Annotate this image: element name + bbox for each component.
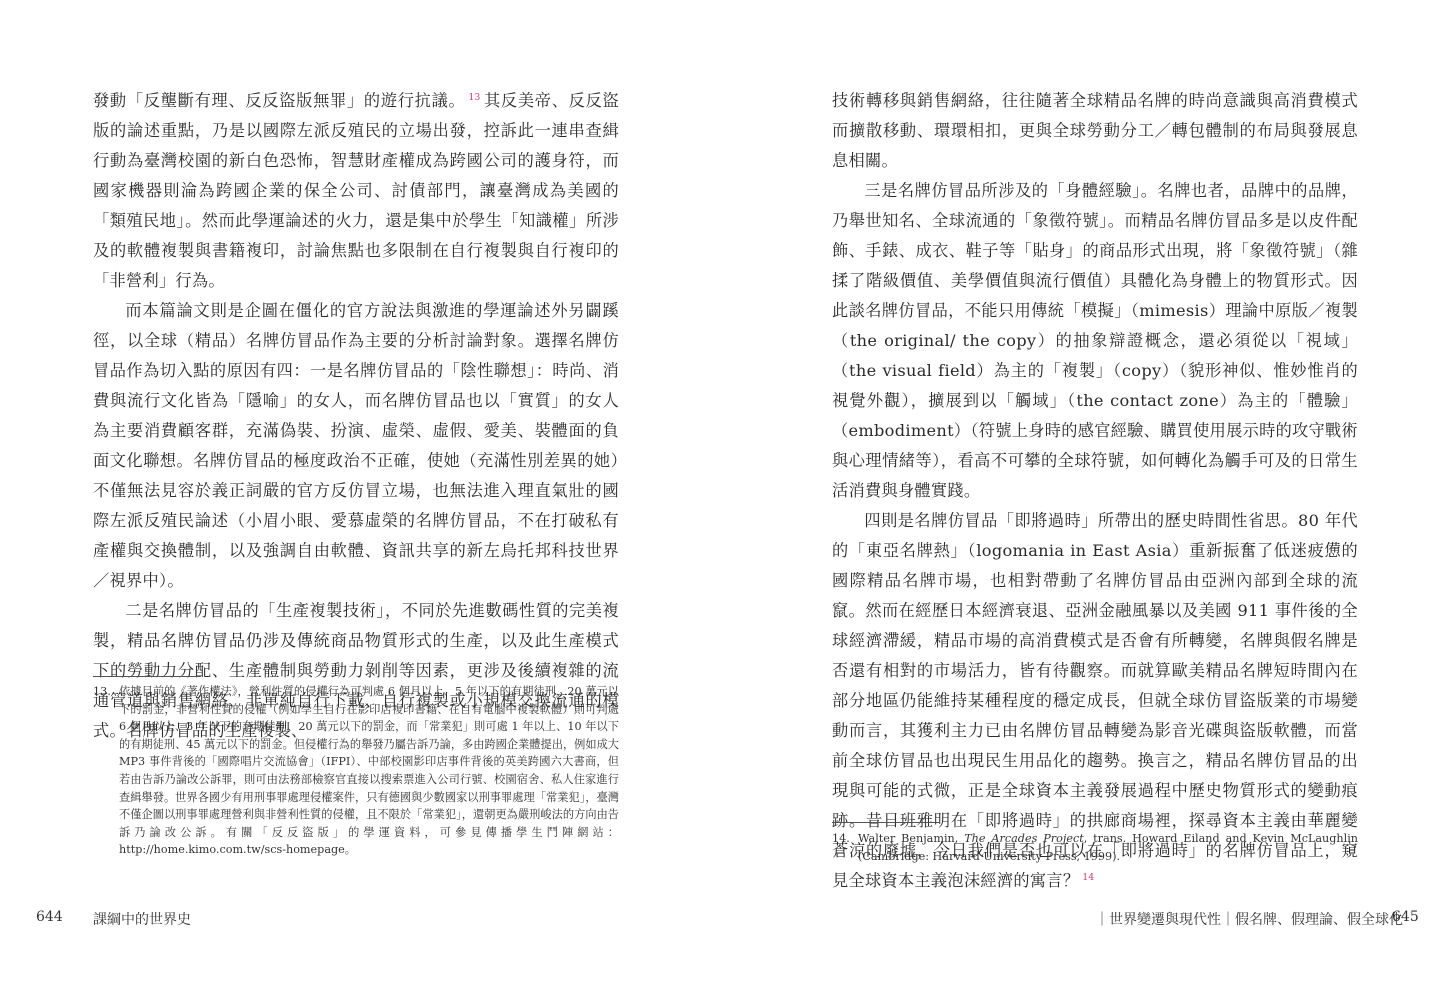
paragraph-text: 技術轉移與銷售網絡，往往隨著全球精品名牌的時尚意識與高消費模式而擴散移動、環環相… bbox=[832, 91, 1358, 170]
paragraph-text: 發動「反壟斷有理、反反盜版無罪」的遊行抗議。 bbox=[93, 91, 465, 110]
left-page: 發動「反壟斷有理、反反盜版無罪」的遊行抗議。13其反美帝、反反盜版的論述重點，乃… bbox=[0, 0, 725, 981]
footnote-divider bbox=[832, 822, 940, 823]
footnote-author: Walter Benjamin, bbox=[858, 832, 964, 845]
footnote-book-title: The Arcades Project bbox=[964, 832, 1083, 845]
paragraph-text: 其反美帝、反反盜版的論述重點，乃是以國際左派反殖民的立場出發，控訴此一連串查緝行… bbox=[93, 91, 619, 290]
paragraph: 而本篇論文則是企圖在僵化的官方說法與激進的學運論述外另闢蹊徑，以全球（精品）名牌… bbox=[93, 296, 619, 596]
footnote-number: 13. bbox=[93, 683, 111, 701]
footnote-text: 依據目前的《著作權法》，營利性質的侵權行為可判處 6 個月以上、5 年以下的有期… bbox=[119, 683, 619, 859]
body-text: 發動「反壟斷有理、反反盜版無罪」的遊行抗議。13其反美帝、反反盜版的論述重點，乃… bbox=[93, 86, 619, 746]
paragraph-text: 而本篇論文則是企圖在僵化的官方說法與激進的學運論述外另闢蹊徑，以全球（精品）名牌… bbox=[93, 301, 619, 590]
right-page: 技術轉移與銷售網絡，往往隨著全球精品名牌的時尚意識與高消費模式而擴散移動、環環相… bbox=[725, 0, 1450, 981]
running-head: ｜世界變遷與現代性｜假名牌、假理論、假全球化 bbox=[1095, 909, 1403, 929]
paragraph: 發動「反壟斷有理、反反盜版無罪」的遊行抗議。13其反美帝、反反盜版的論述重點，乃… bbox=[93, 86, 619, 296]
footnote-marker-13[interactable]: 13 bbox=[468, 93, 480, 103]
paragraph: 技術轉移與銷售網絡，往往隨著全球精品名牌的時尚意識與高消費模式而擴散移動、環環相… bbox=[832, 86, 1358, 176]
footnote-13: 13. 依據目前的《著作權法》，營利性質的侵權行為可判處 6 個月以上、5 年以… bbox=[93, 683, 619, 859]
page-number: 645 bbox=[1392, 909, 1419, 925]
footnote-number: 14. bbox=[832, 830, 850, 848]
paragraph-text: 三是名牌仿冒品所涉及的「身體經驗」。名牌也者，品牌中的品牌，乃舉世知名、全球流通… bbox=[832, 181, 1358, 500]
running-head: 課綱中的世界史 bbox=[93, 909, 191, 929]
footnote-text: Walter Benjamin, The Arcades Project, tr… bbox=[858, 830, 1358, 865]
footnote-divider bbox=[93, 676, 201, 677]
footnote-14: 14. Walter Benjamin, The Arcades Project… bbox=[832, 830, 1358, 865]
page-number: 644 bbox=[36, 909, 63, 925]
paragraph: 三是名牌仿冒品所涉及的「身體經驗」。名牌也者，品牌中的品牌，乃舉世知名、全球流通… bbox=[832, 176, 1358, 506]
footnote-marker-14[interactable]: 14 bbox=[1082, 873, 1094, 883]
body-text: 技術轉移與銷售網絡，往往隨著全球精品名牌的時尚意識與高消費模式而擴散移動、環環相… bbox=[832, 86, 1358, 896]
